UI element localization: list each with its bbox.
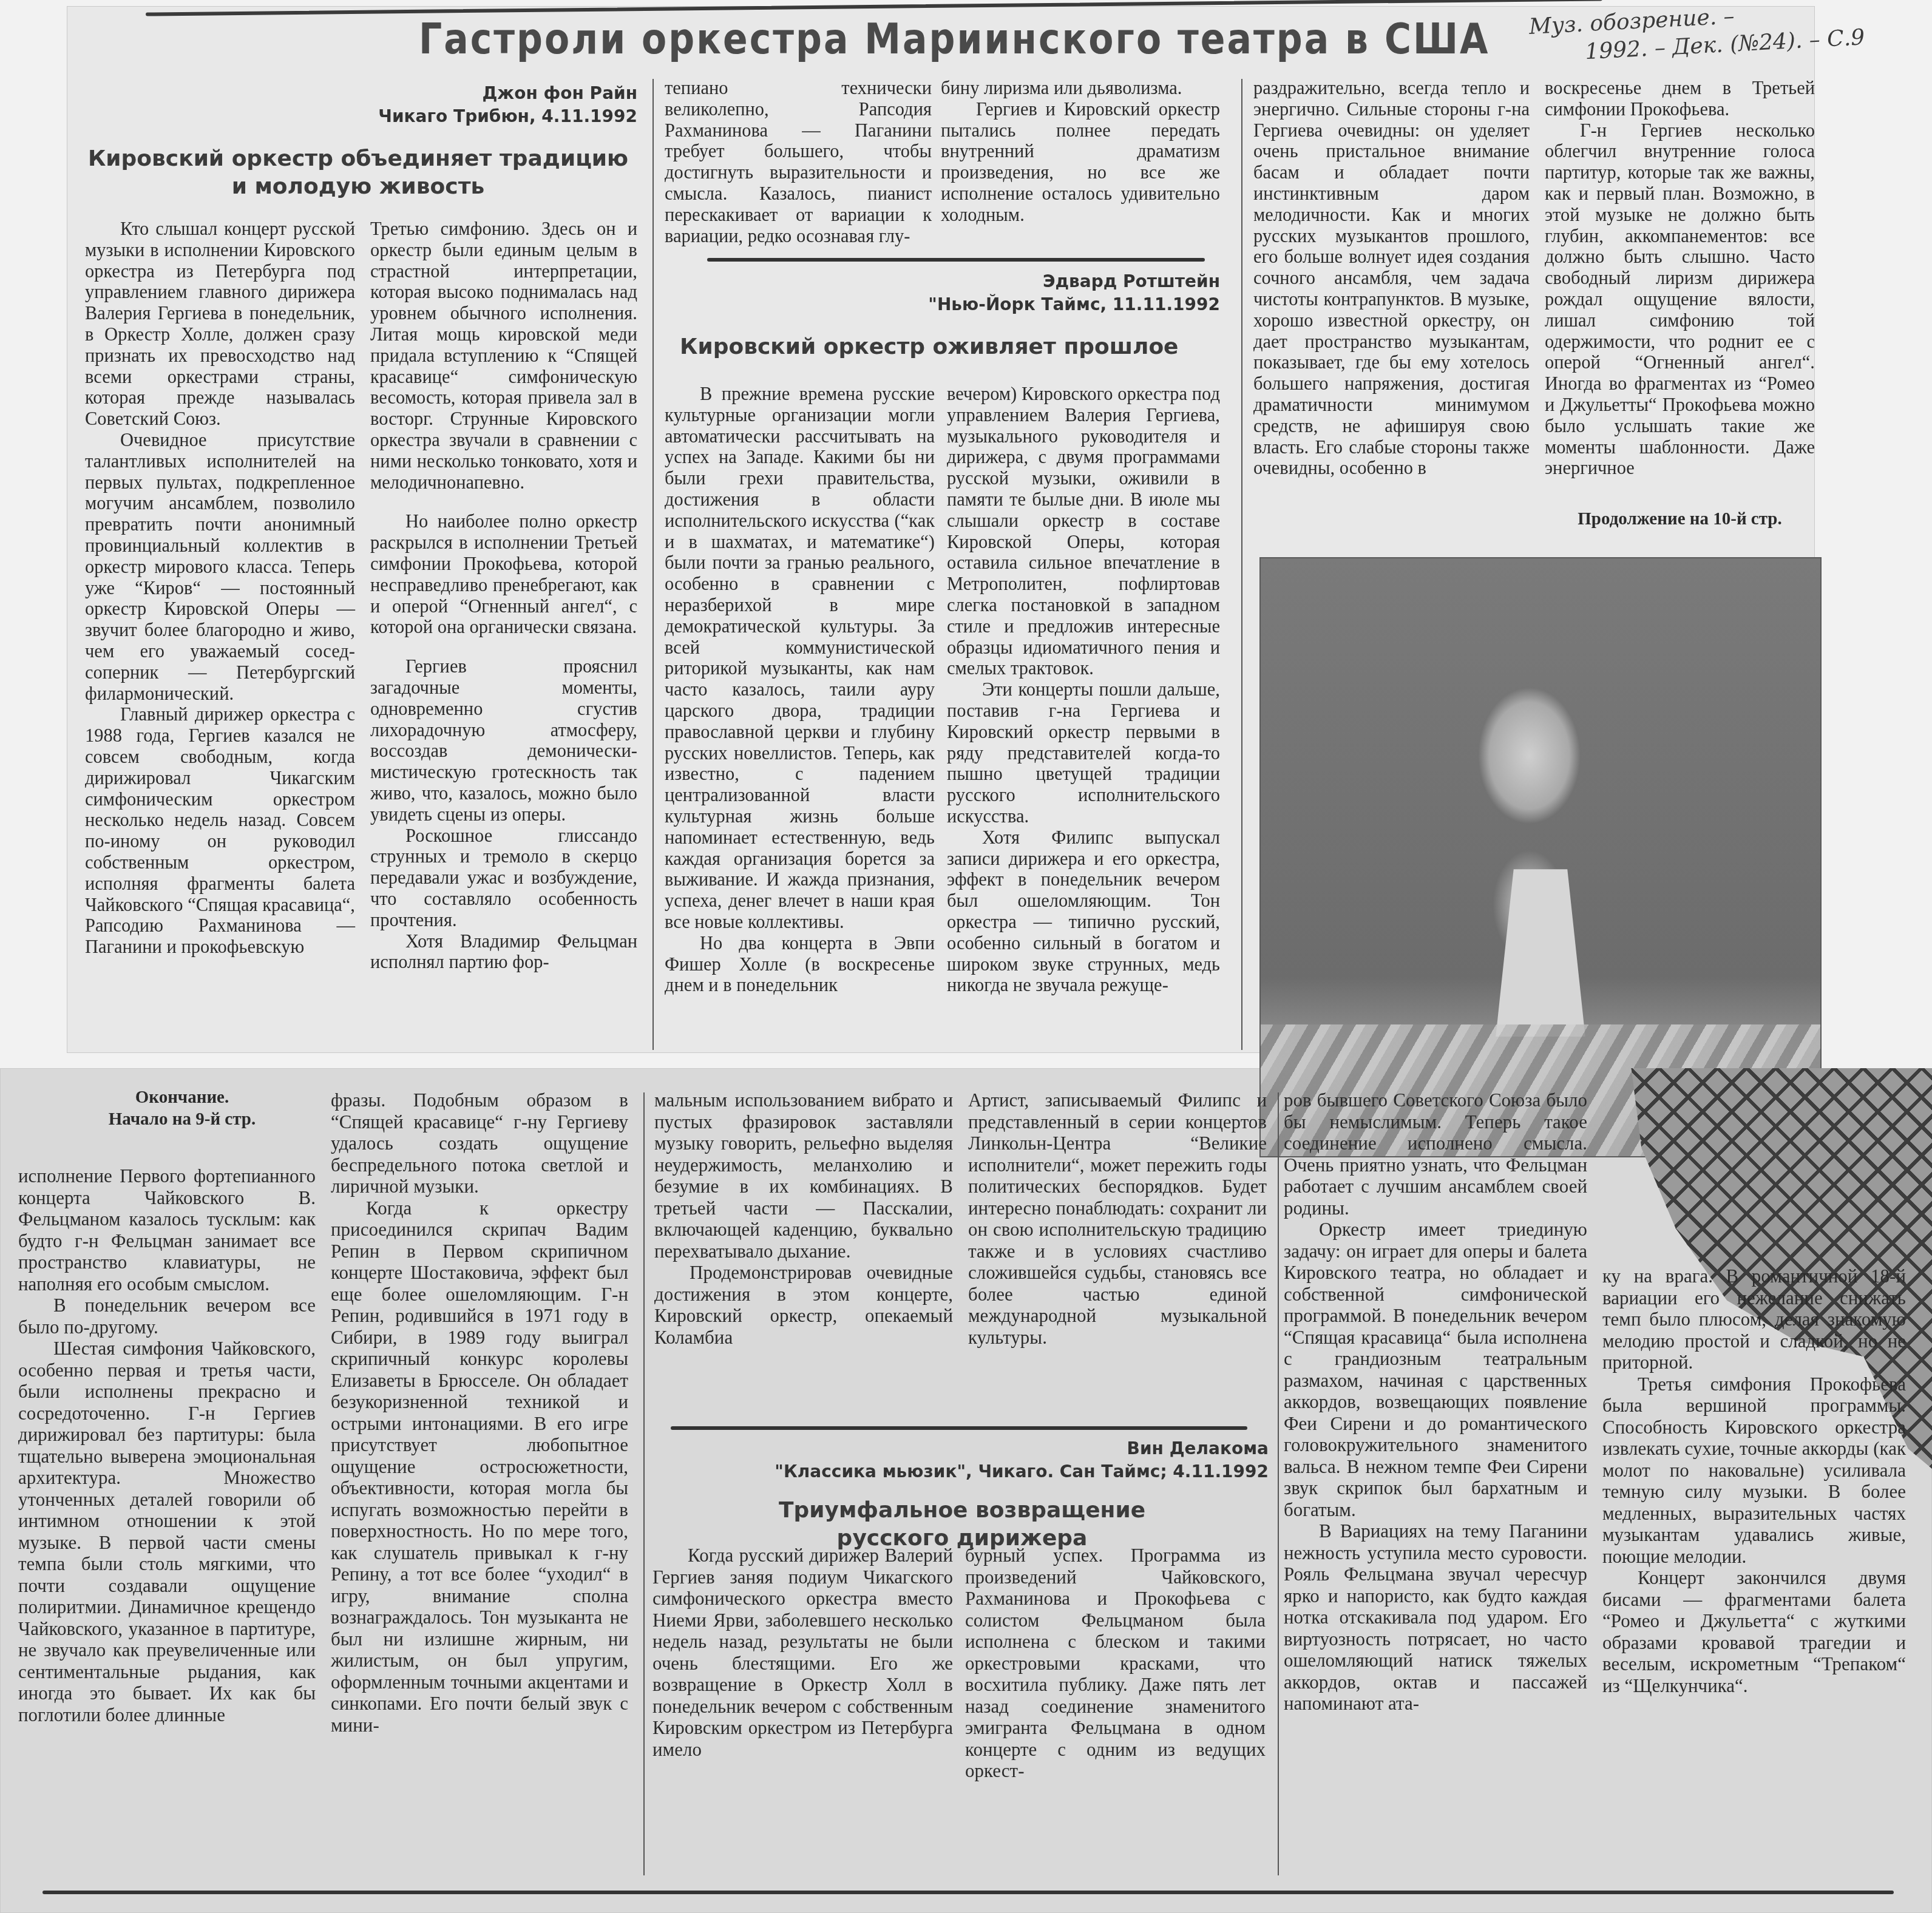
paragraph: Главный дирижер оркестра с 1988 года, Ге… xyxy=(85,704,355,958)
paragraph: вечером) Кировского оркестра под управле… xyxy=(947,384,1220,679)
paragraph: В Вариациях на тему Паганини нежность ус… xyxy=(1284,1520,1587,1715)
paragraph: бурный успех. Программа из произведений … xyxy=(965,1545,1266,1782)
paragraph: В понедельник вечером все было по-другом… xyxy=(18,1295,316,1338)
article3-column-4: ку на врага. В романтичной 18-й вариации… xyxy=(1602,1265,1906,1696)
paragraph: Концерт закончился двумя бисами — фрагме… xyxy=(1602,1567,1906,1696)
continued-on-page-note: Продолжение на 10-й стр. xyxy=(1545,508,1815,530)
article2-author: Эдвард Ротштейн xyxy=(668,270,1220,293)
paragraph: Гергиев и Кировский оркестр пытались пол… xyxy=(941,99,1220,226)
article3-source: "Классика мьюзик", Чикаго. Сан Таймс; 4.… xyxy=(656,1460,1269,1483)
paragraph: раздражительно, всегда тепло и энергично… xyxy=(1253,78,1530,479)
paragraph: Эти концерты пошли дальше, поставив г-на… xyxy=(947,679,1220,827)
article3-header: Вин Делакома "Классика мьюзик", Чикаго. … xyxy=(656,1437,1269,1552)
paragraph: Но два концерта в Эвпи Фишер Холле (в во… xyxy=(665,933,935,996)
bottom-column-3: мальным использованием вибрато и пустых … xyxy=(654,1089,953,1348)
paragraph: бину лиризма или дьяволизма. xyxy=(941,78,1220,99)
article1-column-3: тепиано технически великолепно, Рапсодия… xyxy=(665,78,932,246)
article2-column-4: воскресенье днем в Третьей симфонии Прок… xyxy=(1545,78,1815,530)
article1-column-2: Третью симфонию. Здесь он и оркестр были… xyxy=(370,218,637,973)
bottom-column-4: Артист, записываемый Филипс и представле… xyxy=(968,1089,1267,1348)
paragraph: воскресенье днем в Третьей симфонии Прок… xyxy=(1545,78,1815,120)
paragraph: исполнение Первого фортепианного концерт… xyxy=(18,1165,316,1295)
paragraph: мальным использованием вибрато и пустых … xyxy=(654,1089,953,1262)
article1-title: Кировский оркестр объединяет традицию и … xyxy=(79,145,637,201)
article1-column-1: Кто слышал концерт русской музыки в испо… xyxy=(85,218,355,958)
paragraph: тепиано технически великолепно, Рапсодия… xyxy=(665,78,932,246)
column-divider xyxy=(1241,79,1242,1050)
paragraph: Но наиболее полно оркестр раскрылся в ис… xyxy=(370,511,637,638)
paragraph: Третья симфония Прокофьева была вершиной… xyxy=(1602,1373,1906,1568)
ending-note-line-1: Окончание. xyxy=(61,1086,303,1108)
paragraph: Роскошное глиссандо струнных и тремоло в… xyxy=(370,825,637,931)
paragraph: Когда к оркестру присоединился скрипач В… xyxy=(331,1197,628,1736)
article3-column-1: Когда русский дирижер Валерий Гергиев за… xyxy=(652,1545,953,1760)
page-headline: Гастроли оркестра Мариинского театра в С… xyxy=(419,15,1490,64)
article-separator xyxy=(671,1426,1247,1430)
handwritten-citation: Муз. обозрение. – 1992. – Дек. (№24). – … xyxy=(1528,0,1925,69)
paragraph: Оркестр имеет триединую задачу: он играе… xyxy=(1284,1219,1587,1520)
article2-title: Кировский оркестр оживляет прошлое xyxy=(668,333,1220,361)
paragraph: Г-н Гергиев несколько облегчил внутренни… xyxy=(1545,120,1815,479)
paragraph: Третью симфонию. Здесь он и оркестр были… xyxy=(370,218,637,493)
continuation-note: Окончание. Начало на 9-й стр. xyxy=(61,1086,303,1130)
article1-header: Джон фон Райн Чикаго Трибюн, 4.11.1992 К… xyxy=(79,82,637,201)
paragraph: Когда русский дирижер Валерий Гергиев за… xyxy=(652,1545,953,1760)
bottom-column-1: исполнение Первого фортепианного концерт… xyxy=(18,1165,316,1725)
article1-column-4: бину лиризма или дьяволизма. Гергиев и К… xyxy=(941,78,1220,226)
article2-source: "Нью-Йорк Таймс, 11.11.1992 xyxy=(668,293,1220,316)
paragraph: Очевидное присутствие талантливых исполн… xyxy=(85,430,355,704)
article3-column-3: ров бывшего Советского Союза было бы нем… xyxy=(1284,1089,1587,1715)
paragraph: Хотя Владимир Фельцман исполнял партию ф… xyxy=(370,931,637,973)
paragraph: ку на врага. В романтичной 18-й вариации… xyxy=(1602,1265,1906,1373)
photo-shirt-collar xyxy=(1496,869,1585,1037)
article2-column-2: вечером) Кировского оркестра под управле… xyxy=(947,384,1220,996)
article-separator xyxy=(707,258,1205,262)
paragraph: Кто слышал концерт русской музыки в испо… xyxy=(85,218,355,430)
paragraph: ров бывшего Советского Союза было бы нем… xyxy=(1284,1089,1587,1219)
paragraph: Артист, записываемый Филипс и представле… xyxy=(968,1089,1267,1348)
paragraph: Шестая симфония Чайковского, особенно пе… xyxy=(18,1338,316,1725)
article2-header: Эдвард Ротштейн "Нью-Йорк Таймс, 11.11.1… xyxy=(668,270,1220,361)
bottom-rule xyxy=(42,1891,1894,1894)
column-divider xyxy=(1278,1092,1279,1875)
article1-source: Чикаго Трибюн, 4.11.1992 xyxy=(79,105,637,128)
article1-author: Джон фон Райн xyxy=(79,82,637,105)
paragraph: Продемонстрировав очевидные достижения в… xyxy=(654,1262,953,1348)
ending-note-line-2: Начало на 9-й стр. xyxy=(61,1108,303,1130)
conductor-photo xyxy=(1259,557,1822,1157)
column-divider xyxy=(652,79,654,1050)
paragraph: Хотя Филипс выпускал записи дирижера и е… xyxy=(947,827,1220,996)
paragraph: В прежние времена русские культурные орг… xyxy=(665,384,935,933)
article2-column-3: раздражительно, всегда тепло и энергично… xyxy=(1253,78,1530,479)
paragraph: фразы. Подобным образом в “Спящей красав… xyxy=(331,1089,628,1197)
article2-column-1: В прежние времена русские культурные орг… xyxy=(665,384,935,996)
bottom-column-2: фразы. Подобным образом в “Спящей красав… xyxy=(331,1089,628,1736)
article3-author: Вин Делакома xyxy=(656,1437,1269,1460)
article3-column-2: бурный успех. Программа из произведений … xyxy=(965,1545,1266,1782)
column-divider xyxy=(643,1092,645,1875)
paragraph: Гергиев прояснил загадочные моменты, одн… xyxy=(370,656,637,825)
